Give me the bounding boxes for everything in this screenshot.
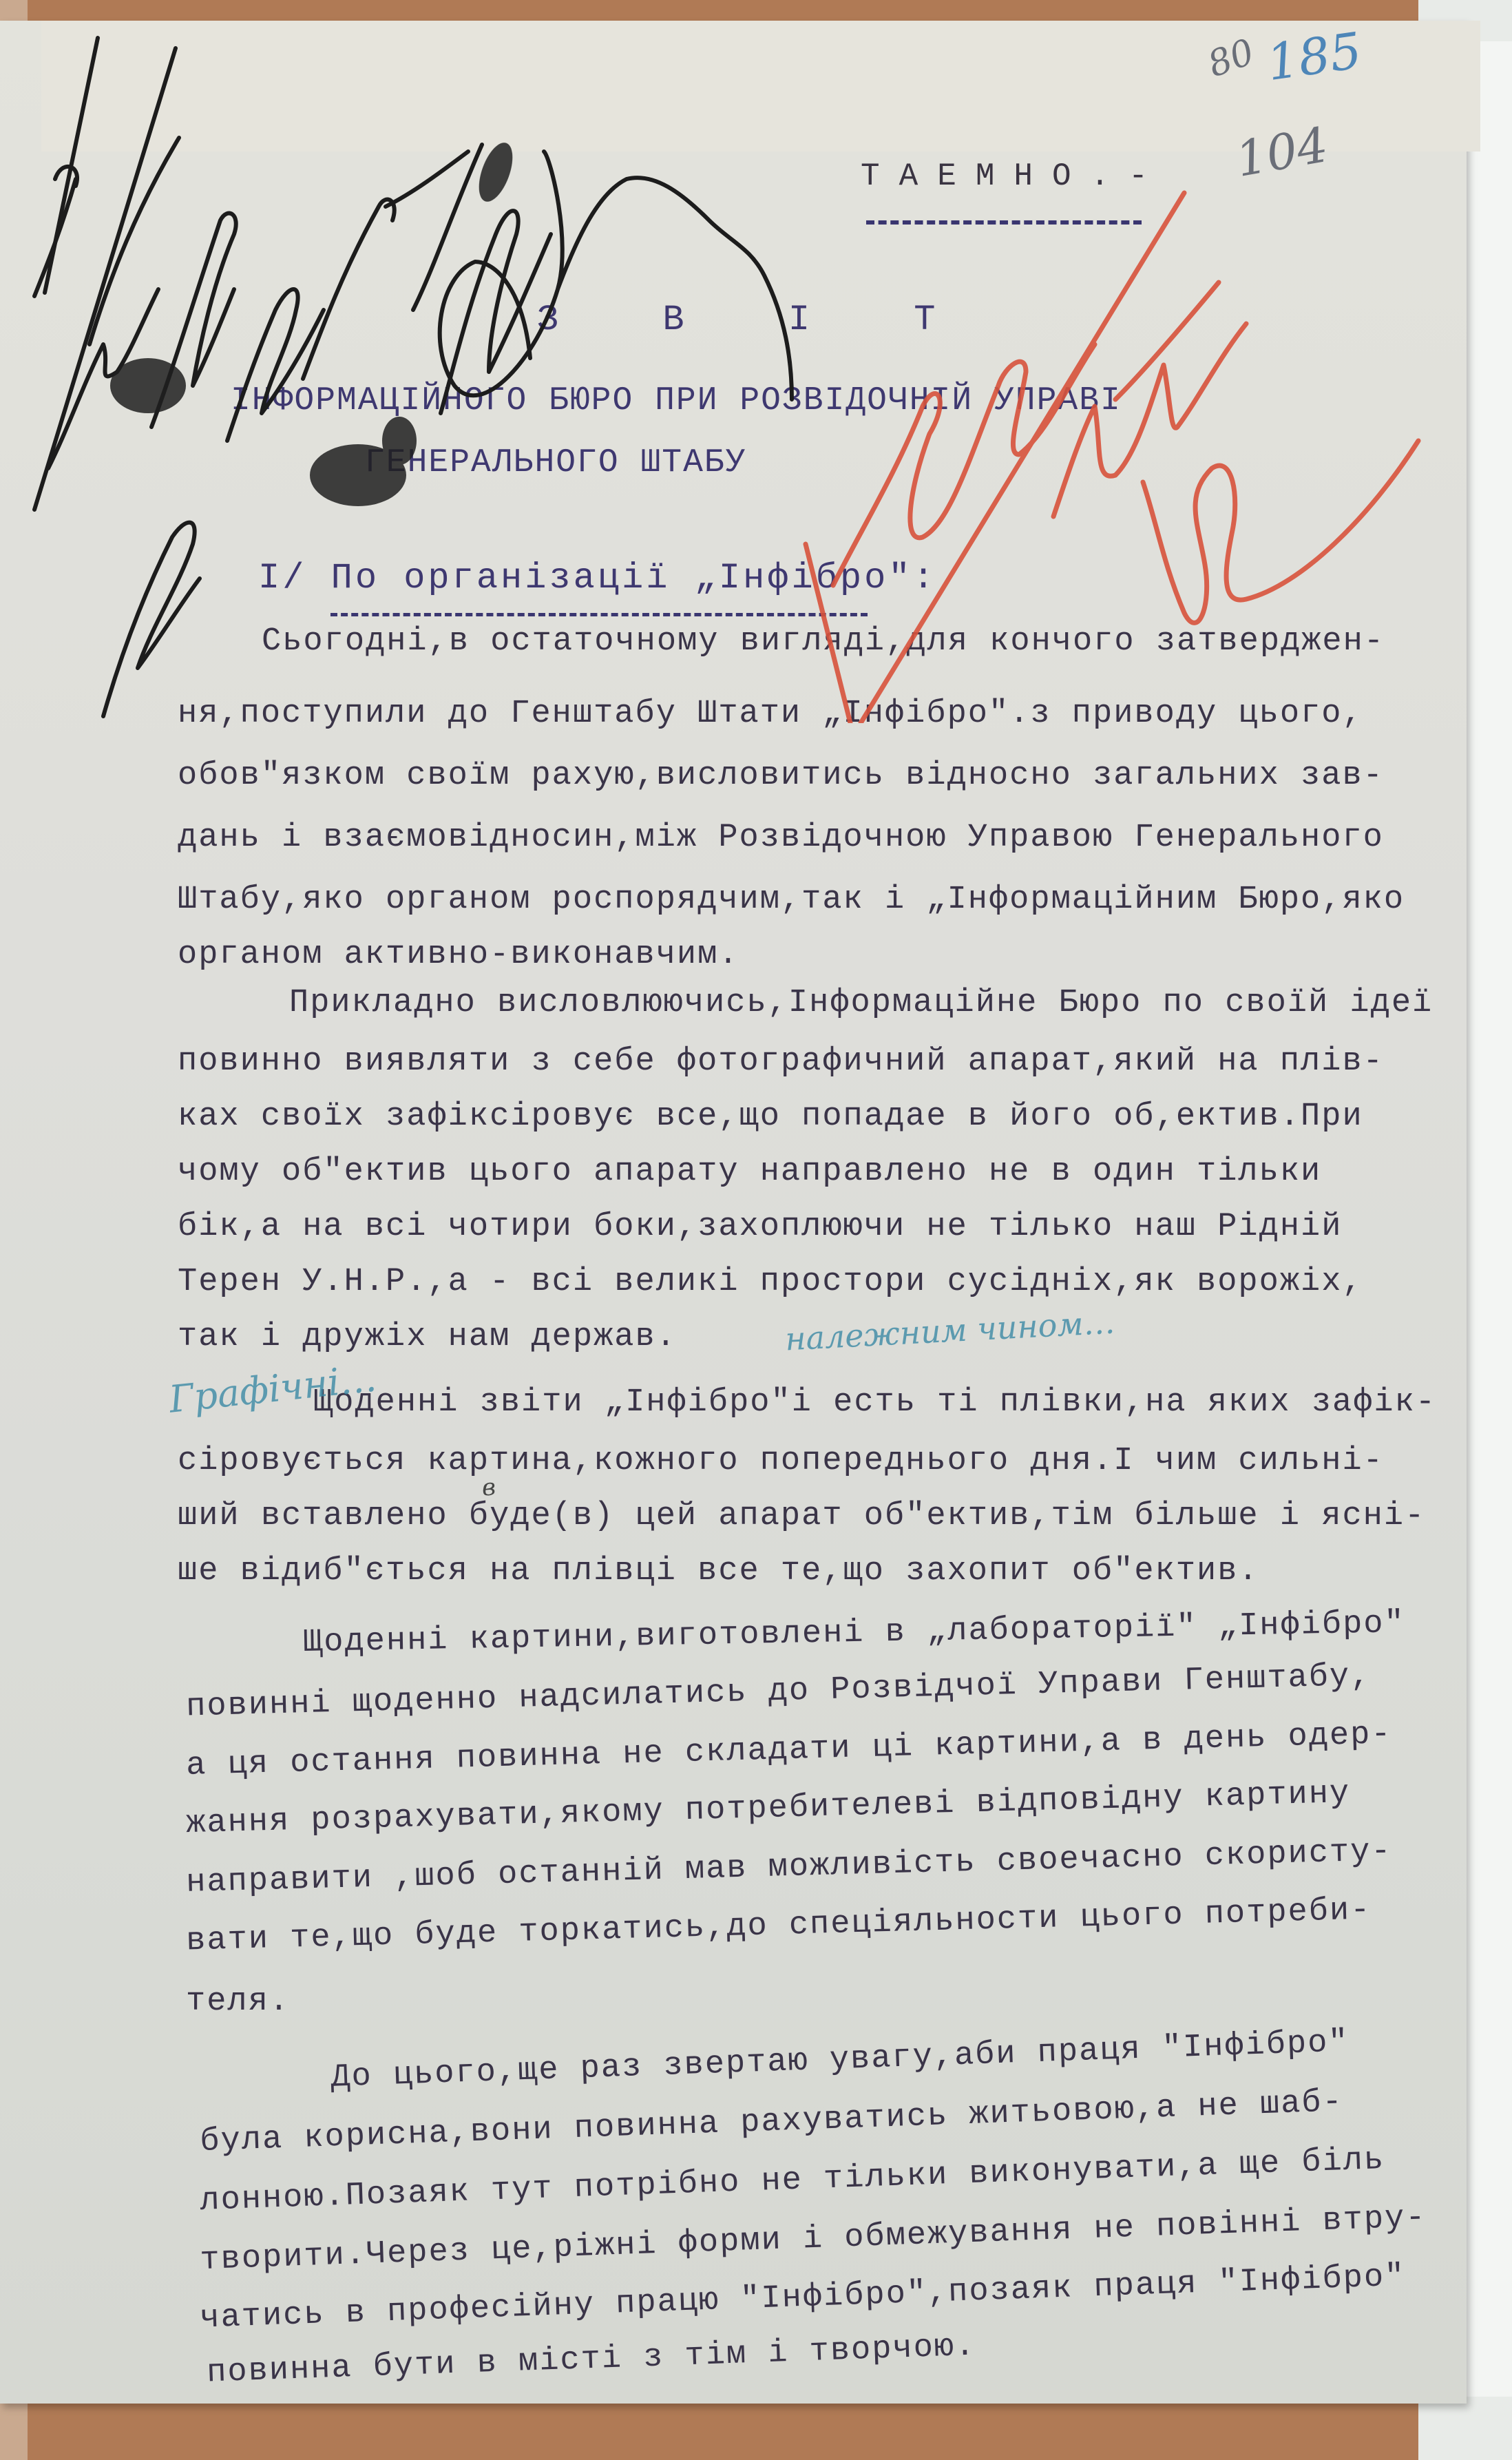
body-line: чому об"ектив цього апарату направлено н… [178,1154,1321,1190]
body-line: Прикладно висловлюючись,Інформаційне Бюр… [289,985,1433,1021]
document-subtitle-line2: ГЕНЕРАЛЬНОГО ШТАБУ [365,444,746,481]
body-line: Щоденні звіти „Інфібро"і есть ті плівки,… [313,1384,1436,1421]
inline-correction: в [481,1474,496,1502]
body-line: так і дружіх нам держав. [178,1319,677,1355]
secret-underline [866,220,1142,225]
body-line: теля. [186,1983,290,2020]
body-line: бік,а на всі чотири боки,захоплюючи не т… [178,1209,1342,1245]
section-heading: I/ По організації „Інфібро": [258,558,937,598]
body-line: Сьогодні,в остаточному вигляді,для кончо… [262,623,1385,660]
document-subtitle-line1: ІНФОРМАЦІЙНОГО БЮРО ПРИ РОЗВІДОЧНІЙ УПРА… [231,382,1122,419]
document-title: З В І Т [537,300,976,340]
body-line: ня,поступили до Генштабу Штати „Інфібро"… [178,696,1363,732]
body-line: ше відиб"ється на плівці все те,що захоп… [178,1553,1259,1589]
body-line: Штабу,яко органом роспорядчим,так і „Інф… [178,882,1405,918]
body-line: ший вставлено буде(в) цей апарат об"екти… [178,1498,1425,1534]
section-underline [330,613,868,616]
body-line: дань і взаємовідносин,між Розвідочною Уп… [178,820,1384,856]
body-line: повинно виявляти з себе фотографичний ап… [178,1043,1384,1080]
body-line: органом активно-виконавчим. [178,937,739,973]
body-line: ках своїх зафіксіровує все,що попадае в … [178,1098,1363,1135]
body-line: сіровується картина,кожного попереднього… [178,1443,1384,1479]
secret-stamp: ТАЕМНО.- [861,158,1167,194]
body-line: обов"язком своїм рахую,висловитись відно… [178,758,1384,794]
body-line: Терен У.Н.Р.,а - всі великі простори сус… [178,1264,1363,1300]
folder-backing-edge [1460,41,1512,2397]
